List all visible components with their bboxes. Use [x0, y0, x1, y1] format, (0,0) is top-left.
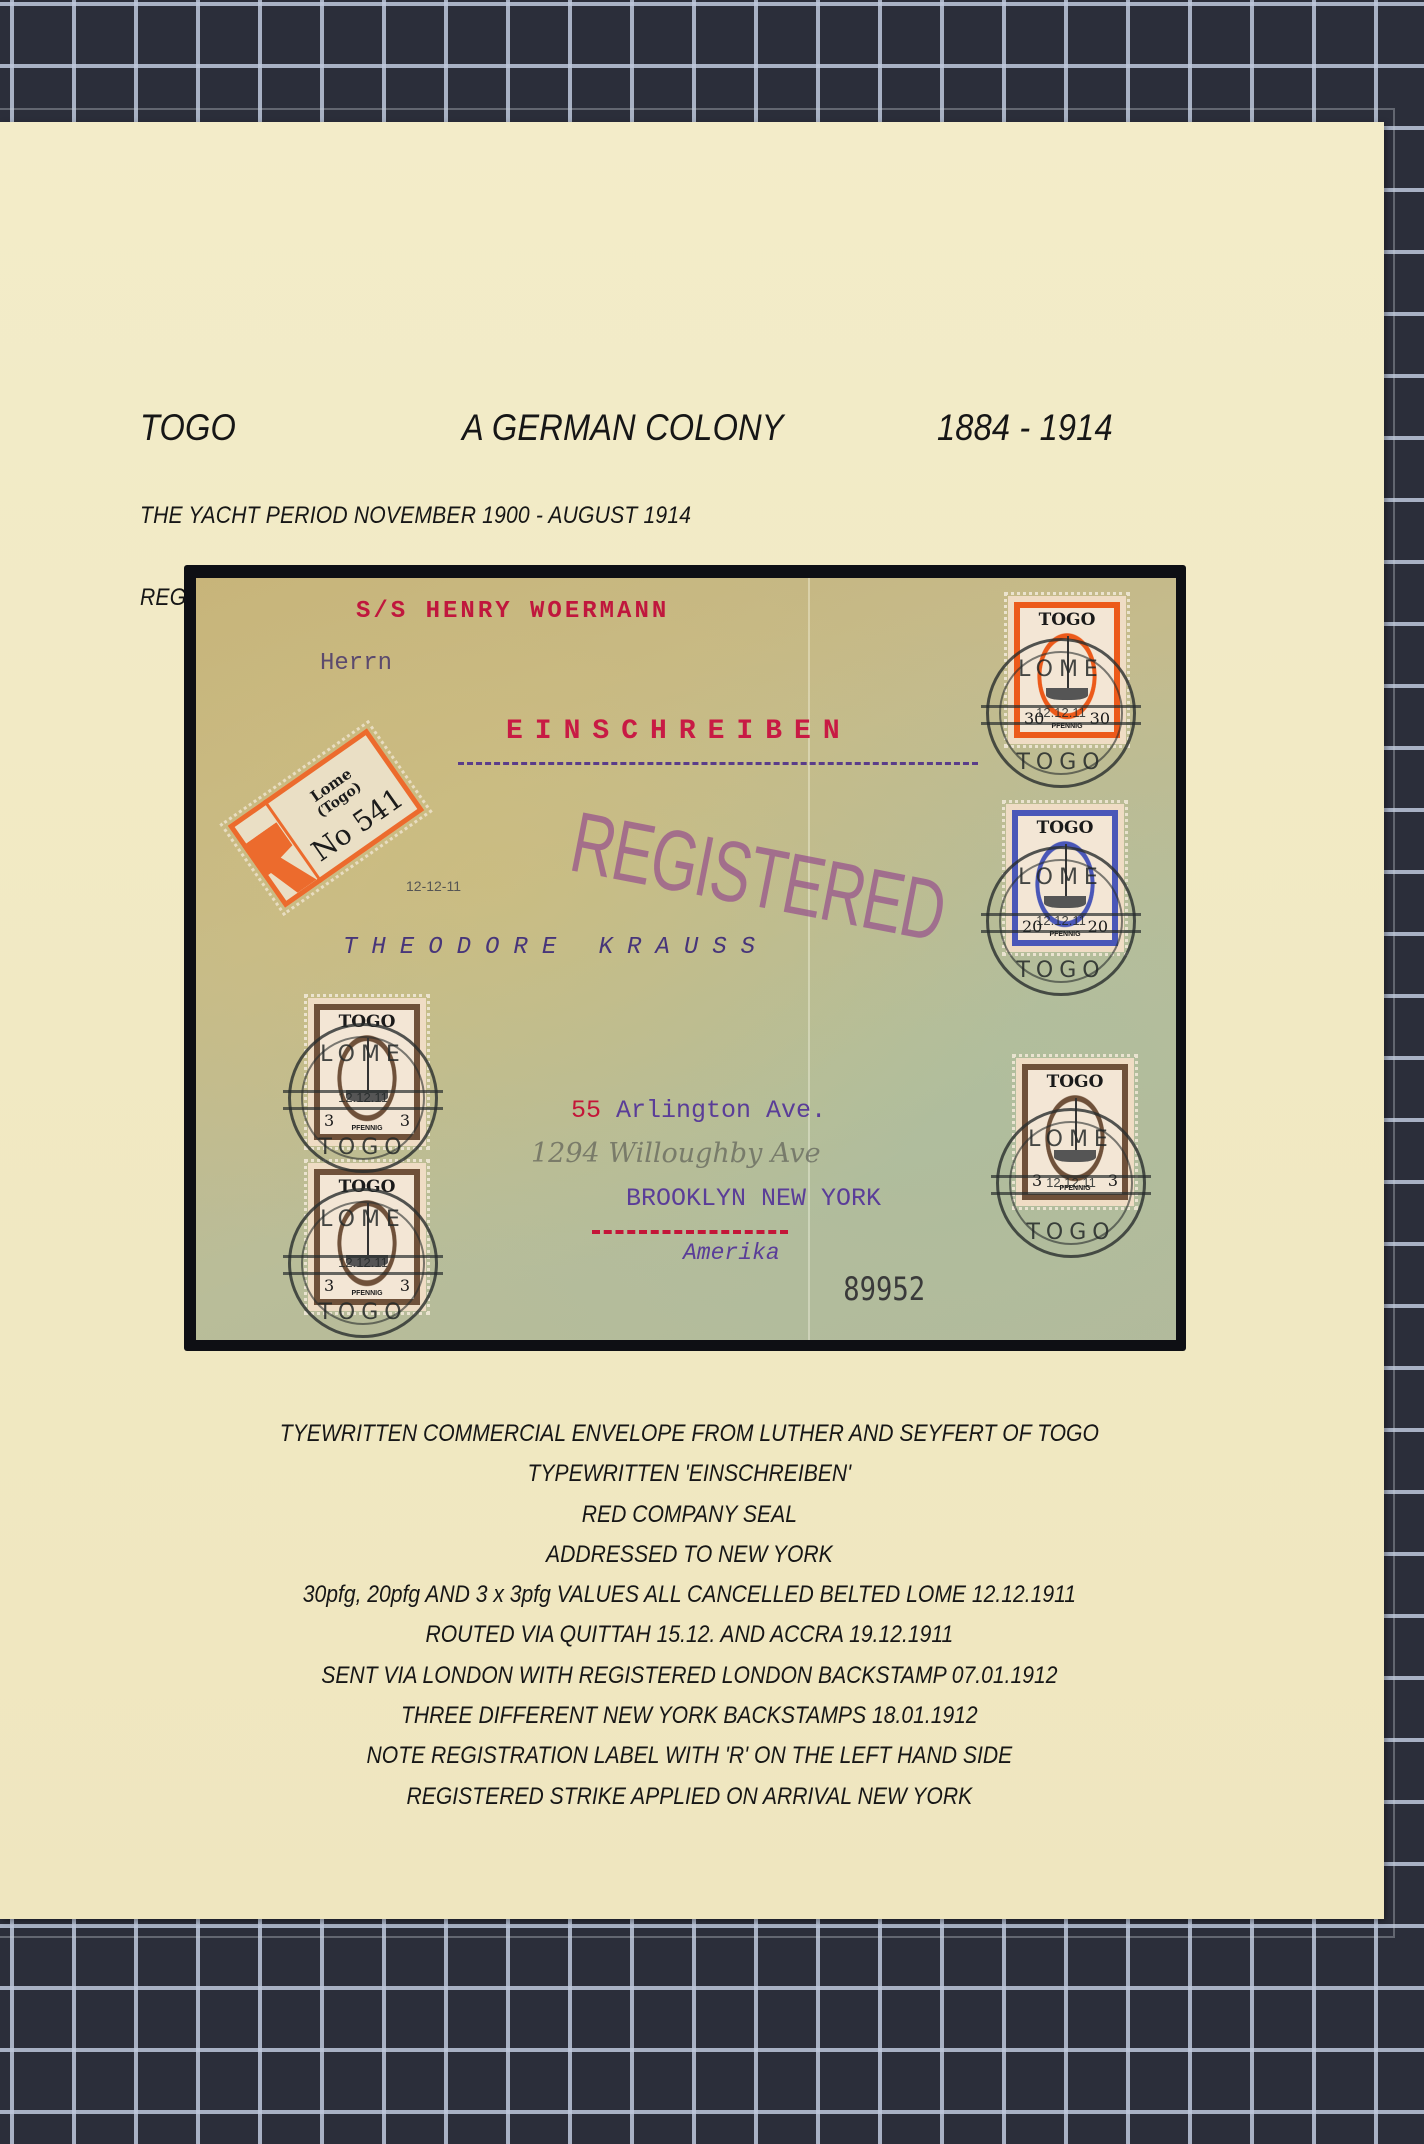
postmark-colony: TOGO — [999, 1220, 1143, 1245]
postmark-town: LOME — [999, 1127, 1143, 1152]
pencil-date: 12-12-11 — [406, 878, 461, 894]
description-line: SENT VIA LONDON WITH REGISTERED LONDON B… — [80, 1662, 1298, 1702]
postmark-date: 12.12.11 — [989, 913, 1133, 928]
postmark-colony: TOGO — [291, 1135, 435, 1160]
page-title-country: TOGO — [140, 407, 236, 449]
address-number: 55 — [571, 1096, 601, 1125]
stamp-country: TOGO — [1028, 1072, 1122, 1092]
description-line: RED COMPANY SEAL — [80, 1501, 1298, 1541]
stamp-country: TOGO — [1018, 818, 1112, 838]
postmark-date: 12.12.11 — [999, 1175, 1143, 1190]
einschreiben-text: EINSCHREIBEN — [506, 716, 852, 747]
postmark-town: LOME — [989, 865, 1133, 890]
postmark-date: 12.12.11 — [291, 1090, 435, 1105]
description-line: THREE DIFFERENT NEW YORK BACKSTAMPS 18.0… — [80, 1702, 1298, 1742]
postmark-date: 12.12.11 — [291, 1255, 435, 1270]
page-title-subtitle: A GERMAN COLONY — [462, 407, 784, 449]
description-line: TYPEWRITTEN 'EINSCHREIBEN' — [80, 1460, 1298, 1500]
address-street: Arlington Ave. — [616, 1096, 826, 1125]
postmark-colony: TOGO — [989, 750, 1133, 775]
arrival-registry-number: 89952 — [843, 1270, 925, 1308]
lome-postmark: LOME 12.12.11 TOGO — [288, 1188, 438, 1338]
description-line: ADDRESSED TO NEW YORK — [80, 1541, 1298, 1581]
addressee-name: THEODORE KRAUSS — [343, 934, 769, 961]
postmark-town: LOME — [989, 657, 1133, 682]
description-line: REGISTERED STRIKE APPLIED ON ARRIVAL NEW… — [80, 1783, 1298, 1823]
company-seal: S/S HENRY WOERMANN — [356, 598, 669, 625]
city-line: BROOKLYN NEW YORK — [626, 1184, 881, 1213]
address-line-1: 55 Arlington Ave. — [571, 1096, 826, 1125]
lome-postmark: LOME 12.12.11 TOGO — [986, 638, 1136, 788]
handwritten-address: 1294 Willoughby Ave — [531, 1138, 821, 1169]
lome-postmark: LOME 12.12.11 TOGO — [288, 1023, 438, 1173]
lome-postmark: LOME 12.12.11 TOGO — [986, 846, 1136, 996]
registration-label: Lome (Togo) No 541 — [228, 728, 425, 907]
postmark-colony: TOGO — [989, 958, 1133, 983]
cover-description: TYEWRITTEN COMMERCIAL ENVELOPE FROM LUTH… — [0, 1420, 1384, 1823]
destination-country: Amerika — [683, 1240, 780, 1266]
description-line: 30pfg, 20pfg AND 3 x 3pfg VALUES ALL CAN… — [80, 1581, 1298, 1621]
registered-envelope: S/S HENRY WOERMANN Herrn EINSCHREIBEN RE… — [196, 578, 1176, 1340]
red-dashed-underline — [592, 1230, 788, 1234]
postmark-date: 12.12.11 — [989, 705, 1133, 720]
period-line: THE YACHT PERIOD NOVEMBER 1900 - AUGUST … — [140, 502, 691, 530]
envelope-fold — [808, 578, 810, 1340]
postmark-town: LOME — [291, 1207, 435, 1232]
page-title-years: 1884 - 1914 — [937, 407, 1113, 449]
salutation: Herrn — [320, 650, 392, 677]
postmark-colony: TOGO — [291, 1300, 435, 1325]
description-line: ROUTED VIA QUITTAH 15.12. AND ACCRA 19.1… — [80, 1621, 1298, 1661]
dashed-underline — [458, 762, 978, 765]
description-line: TYEWRITTEN COMMERCIAL ENVELOPE FROM LUTH… — [80, 1420, 1298, 1460]
label-number-prefix: No — [305, 817, 358, 868]
postmark-town: LOME — [291, 1042, 435, 1067]
stamp-country: TOGO — [1020, 610, 1114, 630]
description-line: NOTE REGISTRATION LABEL WITH 'R' ON THE … — [80, 1742, 1298, 1782]
lome-postmark: LOME 12.12.11 TOGO — [996, 1108, 1146, 1258]
